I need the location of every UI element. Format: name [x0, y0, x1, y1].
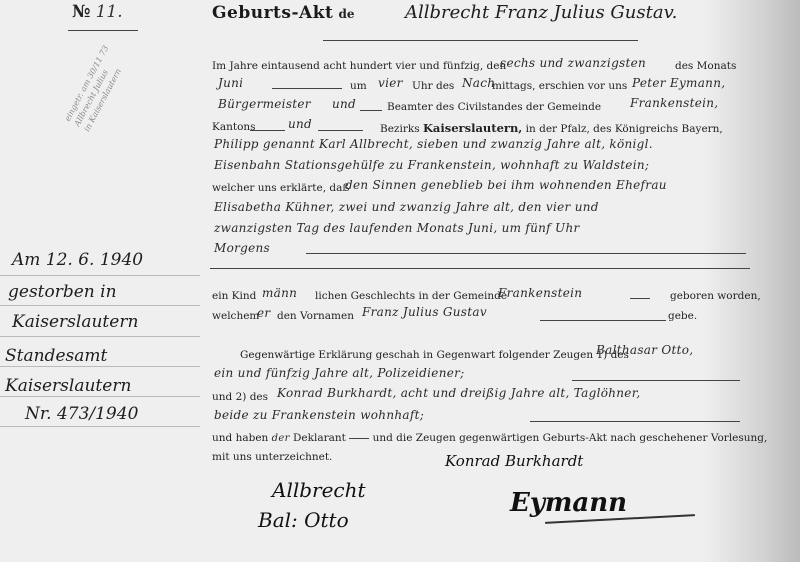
text-unterzeichnet: mit uns unterzeichnet. — [212, 451, 332, 463]
text-beamter: Beamter des Civilstandes der Gemeinde — [387, 101, 601, 113]
birth-certificate-page: № 11. Geburts-Akt de Allbrecht Franz Jul… — [0, 0, 800, 562]
faint-margin-note: eingetr. am 30/11 73 Allbrecht Julius in… — [62, 44, 131, 134]
number-value: 11. — [96, 2, 123, 22]
hand-birthplace: Frankenstein — [498, 286, 582, 300]
document-title: Geburts-Akt de — [212, 3, 354, 23]
text-welcher: welcher uns erklärte, daß — [212, 182, 349, 194]
hand-birth-date: zwanzigsten Tag des laufenden Monats Jun… — [214, 221, 580, 235]
hand-morgens: Morgens — [214, 241, 270, 255]
margin-rule — [0, 396, 200, 397]
text-und-2-des: und 2) des — [212, 391, 268, 403]
margin-rule — [0, 336, 200, 337]
number-underline — [68, 30, 138, 31]
registry-place: Kaiserslautern — [5, 376, 131, 396]
text-mittags: mittags, erschien vor uns — [492, 80, 627, 92]
death-text: gestorben in — [8, 282, 117, 302]
hand-witness1: Balthasar Otto, — [596, 343, 693, 357]
margin-rule — [0, 426, 200, 427]
text-monats: des Monats — [675, 60, 736, 72]
text-bezirks: Bezirks Kaiserslautern, in der Pfalz, de… — [380, 121, 723, 135]
hand-und: und — [332, 97, 356, 111]
title-underline — [323, 40, 638, 41]
hand-nach: Nach — [462, 76, 495, 90]
text-geboren: geboren worden, — [670, 290, 761, 302]
blank-rule — [306, 253, 746, 254]
margin-rule — [0, 305, 200, 306]
text-ein-kind: ein Kind — [212, 290, 256, 302]
hand-hour: vier — [378, 76, 403, 90]
hand-witness2: Konrad Burkhardt, acht und dreißig Jahre… — [277, 386, 641, 400]
blank-rule — [530, 421, 740, 422]
section-rule — [210, 268, 750, 269]
hand-father: Philipp genannt Karl Allbrecht, sieben u… — [214, 137, 653, 151]
text-vornamen: den Vornamen — [277, 310, 354, 322]
hand-witness-residence: beide zu Frankenstein wohnhaft; — [214, 408, 424, 422]
hand-father-occupation: Eisenbahn Stationsgehülfe zu Frankenstei… — [214, 158, 649, 172]
hand-und-2: und — [288, 117, 312, 131]
hand-title: Bürgermeister — [218, 97, 311, 111]
blank-rule — [540, 320, 666, 321]
text-kantons: Kantons — [212, 121, 256, 133]
hand-er: er — [257, 306, 270, 320]
text-um: um — [350, 80, 367, 92]
hand-municipality: Frankenstein, — [630, 96, 718, 110]
death-date: Am 12. 6. 1940 — [12, 250, 143, 270]
text-gebe: gebe. — [668, 310, 697, 322]
registry-number: Nr. 473/1940 — [25, 404, 138, 424]
registry-office: Standesamt — [5, 346, 107, 366]
hand-witness1-details: ein und fünfzig Jahre alt, Polizeidiener… — [214, 366, 465, 380]
hand-month: Juni — [218, 76, 243, 90]
margin-rule — [0, 366, 200, 367]
signature-witness2: Konrad Burkhardt — [445, 452, 583, 470]
hand-day: sechs und zwanzigsten — [500, 56, 646, 70]
signature-official: Eymann — [510, 488, 627, 518]
text-welchem: welchem — [212, 310, 259, 322]
blank-rule — [250, 130, 285, 131]
margin-rule — [0, 275, 200, 276]
record-number: № 11. — [72, 2, 123, 22]
number-label: № — [72, 2, 90, 22]
text-gegenwaertige: Gegenwärtige Erklärung geschah in Gegenw… — [240, 349, 629, 361]
text-line-1: Im Jahre eintausend acht hundert vier un… — [212, 60, 506, 72]
hand-given-names: Franz Julius Gustav — [362, 305, 487, 319]
blank-rule — [360, 110, 382, 111]
text-geschlechts: lichen Geschlechts in der Gemeinde — [315, 290, 507, 302]
subject-name: Allbrecht Franz Julius Gustav. — [405, 2, 677, 23]
hand-gender: männ — [262, 286, 297, 300]
blank-rule — [272, 88, 342, 89]
hand-mother: Elisabetha Kühner, zwei und zwanzig Jahr… — [214, 200, 599, 214]
signature-declarant: Allbrecht — [272, 478, 366, 502]
blank-rule — [630, 298, 650, 299]
hand-official-name: Peter Eymann, — [632, 76, 725, 90]
hand-wife-intro: den Sinnen geneblieb bei ihm wohnenden E… — [345, 178, 667, 192]
signature-witness1: Bal: Otto — [258, 508, 349, 532]
blank-rule — [318, 130, 363, 131]
text-und-haben: und haben der Deklarant und die Zeugen g… — [212, 432, 767, 444]
text-uhr: Uhr des — [412, 80, 454, 92]
death-place: Kaiserslautern — [12, 312, 138, 332]
blank-rule — [572, 380, 740, 381]
